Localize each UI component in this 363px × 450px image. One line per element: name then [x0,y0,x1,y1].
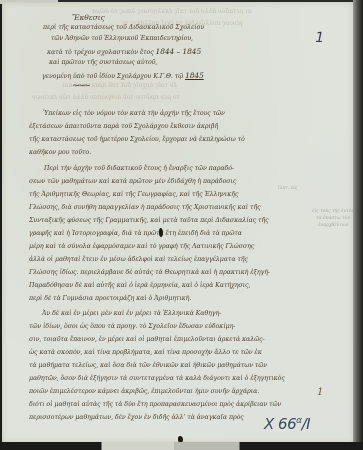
body-line: γραφῆς καὶ ἡ Ἱστοριογραφία, διὰ τὰ πρῶτα… [29,230,242,237]
header-line: κατὰ τὸ τρέχον σχολαστικὸν ἔτος 1844 – 1… [47,47,201,56]
body-line: ἐξετάσεων ἀπαιτοῦντα παρὰ τοῦ Σχολάρχου … [29,123,218,130]
bleed-through-text: τὸ μὲν πρῶτον τοῦ ἀνθρώπου ἀλλὰ τῶν ἐκεί… [32,94,180,101]
header-line: περὶ τῆς καταστάσεως τοῦ Διδασκαλικοῦ Σχ… [43,24,204,31]
body-line: Γλώσσης, διὰ συνήθη παραγγελίαν ἡ παράδο… [29,204,261,211]
document-title: Ἔκθεσις [72,13,105,22]
manuscript-page: αι μεταδόν ἄλλο διὰ ταῖς ἐκκλησίαις ὅπως… [2,2,353,443]
header-line: τῶν Ἀθηνῶν τοῦ Ἑλληνικοῦ Ἐκπαιδευτηρίου, [51,35,193,42]
body-line: καθῆκον μου τοῦτο. [29,149,91,156]
scan-frame-bottom [0,442,363,450]
body-line: Ἀν δὲ καὶ ἐν μέρει μὲν καὶ ἐν μέρει τὰ Ἑ… [42,310,221,317]
body-line: Συνταξικῆς φύσεως τῆς Γραμματικῆς, καὶ μ… [29,217,269,224]
margin-note: εἰς τοὺς τῆς ἐντὸς [312,209,353,214]
body-line: περισσοτέρων μαθημάτων, δὲν ἔχον ἐν διδῆ… [29,414,244,421]
school-year: 1844 – 1845 [156,47,202,56]
body-line: τῶν ἰδίων, ὅσοι ὡς ὅπου τὰ προηγ. τὸ Σχο… [29,323,235,330]
body-line: ποιῶν ἐπιμελέστερον κάμνει ἀκριβῶς, ἐπιμ… [29,388,259,395]
body-line: μέρη καὶ τὰ σύνολα ἐφαρμόσαμεν καὶ τὸ γρ… [29,243,254,250]
header-line: καὶ πρῶτον τῆς συστάσεως αὐτοῦ, [49,59,157,66]
header-line-text: κατὰ τὸ τρέχον σχολαστικὸν ἔτος [47,49,156,56]
body-line: τὰ μαθήματα τελείως, καὶ ὅσα διὰ τῶν ἐθν… [29,362,267,369]
body-line: σεων τῶν μαθημάτων καὶ κατὰ πρῶτον μὲν ἐ… [29,178,236,185]
body-line: σιν, τοιαῦτα ἔπαινον, ἐν μέρει καὶ οἱ μα… [29,336,265,343]
body-line: Γλώσσης ἰδίως. περιελάμβανε δὲ αὐτάς τὰ … [29,269,270,276]
bleed-through-text: αι μεταδόν ἄλλο διὰ ταῖς ἐκκλησίαις ὅπως… [92,8,252,15]
body-line: μαθητῶν, ὅσον διὰ ἐξήγησιν τὰ συντεταγμέ… [29,375,285,382]
scan-frame-right [353,0,363,450]
folio-number: 1 [313,30,325,46]
margin-note: ἐναρχθέντων [318,223,348,228]
body-line: Παραδόθησαν δὲ καὶ αὐτῆς καὶ ὁ ἱερὰ ἑρμη… [29,282,250,289]
ink-blot [159,228,163,237]
margin-tick: 1 [317,387,323,398]
body-line: ἀλλὰ οἱ μαθηταὶ ἔτειν ἐν μέσω ἀδελφοὶ κα… [29,256,248,263]
margin-note: ἰλητ. εἰς [278,186,297,191]
body-line: τῆς Ἀριθμητικῆς Θεωρίας, καὶ τῆς Γεωγραφ… [29,191,238,198]
signature-year: 1845 [185,71,204,80]
ornament-divider: ~~~ [72,81,89,91]
body-line: διότι οἱ μαθηταὶ αὐτὰς τῆς τὰ δύο ἔτη πρ… [29,401,281,408]
header-line: γενομένη ὑπὸ τοῦ ἰδίου Σχολάρχου Κ.Γ.Θ. … [42,71,204,80]
body-line: τῆς καταστάσεως τοῦ ἡμετέρου Σχολείου, ἔ… [29,136,245,143]
shelf-mark-suffix: /I [302,415,310,433]
header-line-text: γενομένη ὑπὸ τοῦ ἰδίου Σχολάρχου Κ.Γ.Θ. … [42,73,185,80]
body-line: Ὑπείκων εἰς τὸν νόμον τὸν κατὰ τὴν ἀρχήν… [43,110,225,117]
shelf-mark: X 66α/I [264,415,310,433]
shelf-mark-prefix: X 66 [264,415,296,433]
body-line: ὡς κατὰ σκοπὸν, καὶ τίνα προβλήματα, καὶ… [29,349,262,356]
body-line: περὶ δὲ τὰ Γυμνάσια προετοιμάζη καὶ ὁ Ἀρ… [29,295,191,302]
body-line: Περὶ τὴν ἀρχὴν τοῦ διδακτικοῦ ἔτους ἡ ἔν… [44,165,234,172]
margin-note: τὰ ἑκάστω τὸν [316,216,350,221]
